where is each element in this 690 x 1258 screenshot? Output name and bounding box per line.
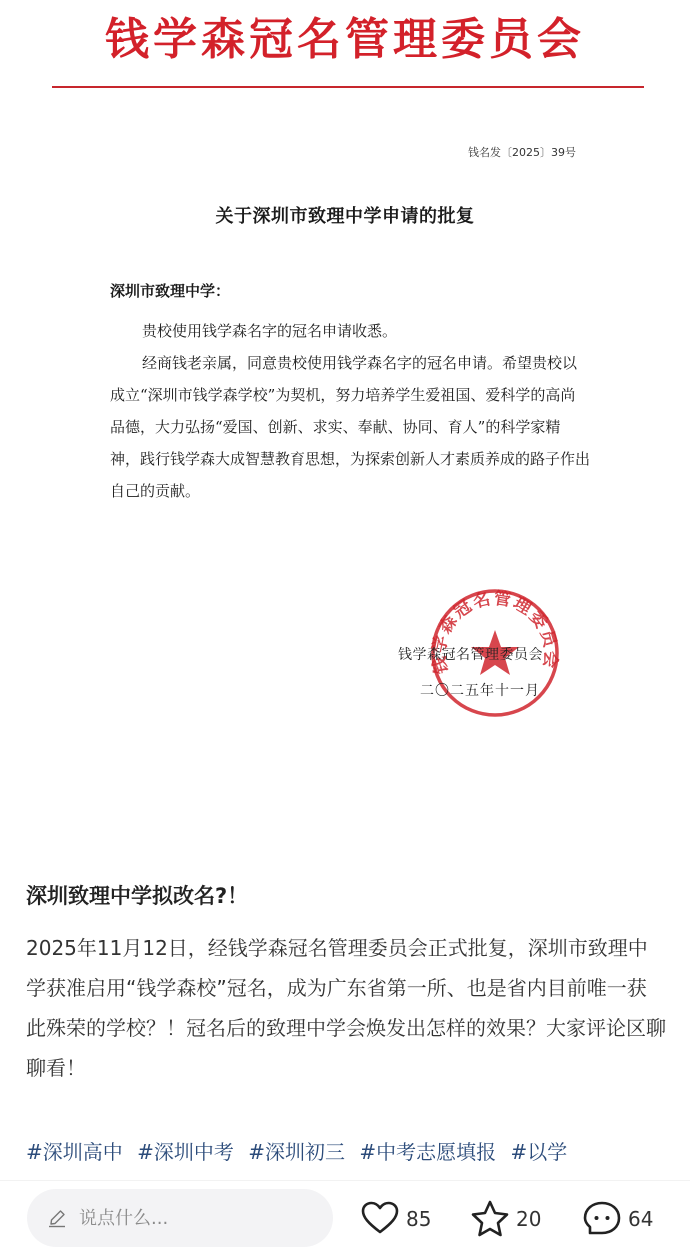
comment-count: 64	[628, 1207, 653, 1231]
favorite-count: 20	[516, 1207, 541, 1231]
post-body: 2025年11月12日，经钱学森冠名管理委员会正式批复，深圳市致理中学获准启用“…	[26, 928, 666, 1088]
document-paragraph: 经商钱老亲属，同意贵校使用钱学森名字的冠名申请。希望贵校以成立“深圳市钱学森学校…	[110, 347, 590, 507]
document-image: 钱学森冠名管理委员会 钱名发〔2025〕39号 关于深圳市致理中学申请的批复 深…	[0, 0, 690, 860]
pencil-icon	[47, 1208, 67, 1228]
hashtag-link[interactable]: #深圳初三	[248, 1140, 345, 1164]
hashtag-list: #深圳高中 #深圳中考 #深圳初三 #中考志愿填报 #以学	[26, 1136, 686, 1165]
document-signature: 钱学森冠名管理委员会	[398, 644, 543, 664]
chat-bubble-icon	[582, 1199, 622, 1239]
hashtag-link[interactable]: #中考志愿填报	[359, 1140, 496, 1164]
post-title: 深圳致理中学拟改名?！	[26, 880, 248, 910]
document-paragraph: 贵校使用钱学森名字的冠名申请收悉。	[110, 315, 590, 347]
heart-icon	[360, 1199, 400, 1239]
star-icon	[470, 1199, 510, 1239]
document-date: 二〇二五年十一月	[420, 680, 540, 700]
like-count: 85	[406, 1207, 431, 1231]
comment-input[interactable]	[79, 1208, 299, 1229]
bottom-action-bar: 85 20 64	[0, 1180, 690, 1258]
comment-button[interactable]: 64	[582, 1199, 653, 1239]
favorite-button[interactable]: 20	[470, 1199, 541, 1239]
document-body: 贵校使用钱学森名字的冠名申请收悉。 经商钱老亲属，同意贵校使用钱学森名字的冠名申…	[110, 315, 590, 507]
hashtag-link[interactable]: #以学	[511, 1140, 568, 1164]
like-button[interactable]: 85	[360, 1199, 431, 1239]
document-title: 关于深圳市致理中学申请的批复	[0, 202, 690, 228]
hashtag-link[interactable]: #深圳中考	[137, 1140, 234, 1164]
hashtag-link[interactable]: #深圳高中	[26, 1140, 123, 1164]
document-addressee: 深圳市致理中学：	[110, 280, 230, 301]
comment-input-box[interactable]	[27, 1189, 333, 1247]
letterhead-divider	[52, 86, 644, 88]
document-number: 钱名发〔2025〕39号	[468, 144, 576, 160]
letterhead-title: 钱学森冠名管理委员会	[0, 8, 690, 72]
